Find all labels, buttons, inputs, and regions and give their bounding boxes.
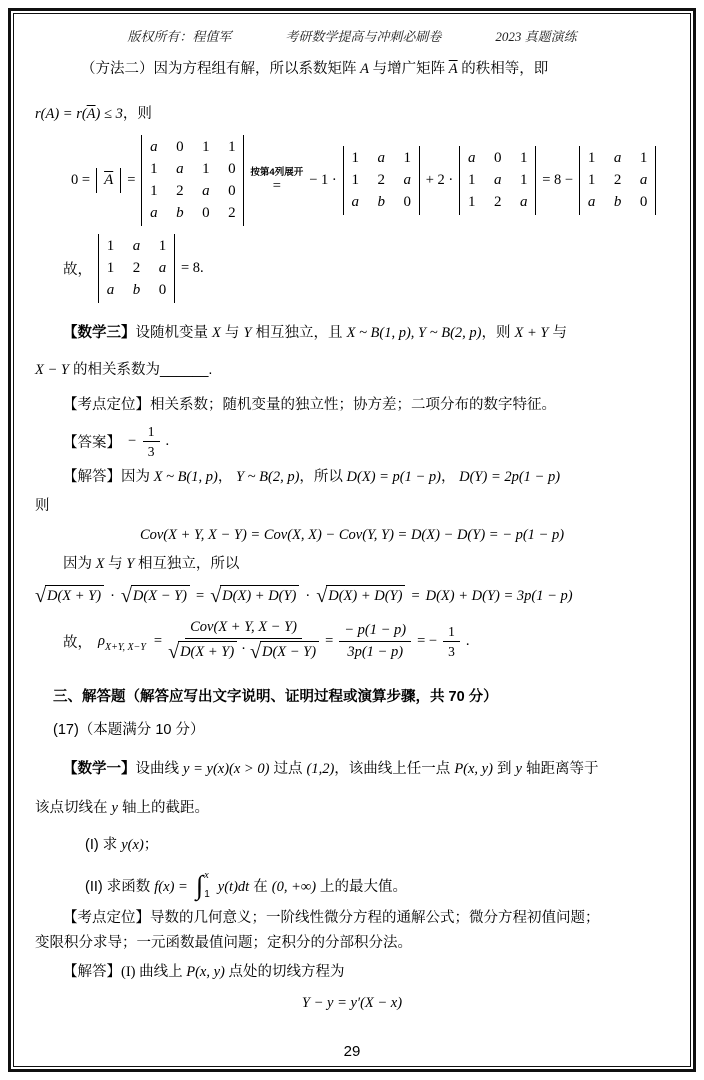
matrix-cell: 1 bbox=[106, 259, 115, 278]
problem3-answer-line: 【答案】 − 1 3 . bbox=[63, 424, 669, 459]
text-segment: X ~ B(1, p) bbox=[154, 469, 218, 485]
problem1-keypoints-line2: 变限积分求导；一元函数最值问题；定积分的分部积分法。 bbox=[35, 933, 669, 954]
minus-sign: − bbox=[127, 433, 137, 450]
sqrt-term-2: √D(X − Y) bbox=[121, 585, 190, 607]
document-page: 版权所有：程值军 考研数学提高与冲刺必刷卷 2023 真题演练 （方法二）因为方… bbox=[8, 8, 696, 1072]
matrix-cell: 1 bbox=[201, 138, 210, 157]
problem1-stem-line1: 【数学一】设曲线 y = y(x)(x > 0) 过点 (1,2)，该曲线上任一… bbox=[63, 759, 669, 780]
text-segment: 【解答】(I) 曲线上 bbox=[63, 964, 186, 980]
text-segment: D(Y) = 2p(1 − p) bbox=[459, 469, 560, 485]
determinant-3x3-c: 1a112aab0 bbox=[579, 146, 656, 215]
text-segment: (0, +∞) bbox=[272, 879, 316, 895]
determinant-3x3-result: 1a112aab0 bbox=[98, 234, 175, 303]
determinant-3x3-a: 1a112aab0 bbox=[343, 146, 420, 215]
correlation-coefficient-equation: 故， ρX+Y, X−Y = Cov(X + Y, X − Y) √D(X + … bbox=[63, 619, 669, 663]
matrix-cell: 1 bbox=[467, 171, 476, 190]
problem1-keypoints-line1: 【考点定位】导数的几何意义；一阶线性微分方程的通解公式；微分方程初值问题； bbox=[63, 908, 669, 929]
expand-note: 按第4列展开 = bbox=[250, 168, 303, 194]
text-segment: ，所以 bbox=[299, 469, 346, 485]
matrix-cell: a bbox=[106, 281, 115, 300]
matrix-cell: 0 bbox=[403, 193, 412, 212]
sqrt-term-1: √D(X + Y) bbox=[35, 585, 104, 607]
fraction-denominator: 3 bbox=[148, 442, 155, 459]
problem3-solution-line: 【解答】因为 X ~ B(1, p)， Y ~ B(2, p)，所以 D(X) … bbox=[63, 467, 669, 488]
covariance-equation: Cov(X + Y, X − Y) = Cov(X, X) − Cov(Y, Y… bbox=[35, 525, 669, 546]
part2-suffix: y(t)dt 在 (0, +∞) 上的最大值。 bbox=[218, 875, 407, 896]
sqrt-equation-tail: D(X) + D(Y) = 3p(1 − p) bbox=[426, 588, 573, 605]
matrix-cell: 0 bbox=[639, 193, 648, 212]
text-segment: 相互独立，且 bbox=[252, 325, 347, 341]
sqrt-equation: √D(X + Y) · √D(X − Y) = √D(X) + D(Y) · √… bbox=[35, 585, 669, 607]
text-segment: (1,2) bbox=[306, 761, 334, 777]
equals-sign: = bbox=[325, 633, 333, 650]
text-segment: D(X) = p(1 − p) bbox=[347, 469, 441, 485]
fraction-numerator: 1 bbox=[443, 624, 460, 642]
text-segment: X + Y bbox=[515, 325, 549, 341]
matrix-cell: 1 bbox=[149, 182, 158, 201]
text-segment: r(A) = r( bbox=[35, 106, 87, 122]
period: . bbox=[166, 433, 170, 450]
header-edition: 2023 真题演练 bbox=[495, 26, 576, 45]
rho-symbol: ρX+Y, X−Y bbox=[98, 633, 148, 650]
text-segment: 与 bbox=[104, 556, 126, 572]
fraction-denominator: 3p(1 − p) bbox=[347, 644, 403, 661]
equals-sign: = bbox=[196, 588, 204, 605]
text-segment: X ~ B(1, p), Y ~ B(2, p) bbox=[347, 325, 482, 341]
text-segment: Y − y = y′(X − x) bbox=[302, 995, 402, 1011]
matrix-cell: 0 bbox=[201, 204, 210, 223]
determinant-3x3-b: a011a112a bbox=[459, 146, 536, 215]
coefficient-plus2: + 2 · bbox=[426, 172, 454, 189]
matrix-cell: a bbox=[587, 193, 596, 212]
matrix-cell: 1 bbox=[403, 149, 412, 168]
text-segment: P(x, y) bbox=[454, 761, 493, 777]
line-rank-condition: r(A) = r(A) ≤ 3，则 bbox=[35, 104, 669, 125]
fraction-numerator: 1 bbox=[143, 424, 160, 442]
problem3-stem-line1: 【数学三】设随机变量 X 与 Y 相互独立，且 X ~ B(1, p), Y ~… bbox=[63, 323, 669, 344]
matrix-cell: a bbox=[467, 149, 476, 168]
fraction-numerator: − p(1 − p) bbox=[344, 622, 406, 639]
integral-limits: x 1 bbox=[204, 870, 210, 900]
text-segment: ，则 bbox=[123, 106, 152, 122]
answer-fraction: 1 3 bbox=[143, 424, 160, 459]
text-segment: Cov(X + Y, X − Y) = Cov(X, X) − Cov(Y, Y… bbox=[140, 527, 564, 543]
determinant-expansion-equation: 0 = A = a0111a1012a0ab02 按第4列展开 = − 1 · … bbox=[71, 135, 669, 226]
matrix-cell: 1 bbox=[351, 171, 360, 190]
text-segment: ， bbox=[441, 469, 459, 485]
matrix-cell: 1 bbox=[149, 160, 158, 179]
equals-sign: = bbox=[127, 172, 135, 189]
text-segment: 轴距离等于 bbox=[522, 761, 599, 777]
page-number: 29 bbox=[14, 1043, 690, 1060]
matrix-cell: b bbox=[175, 204, 184, 223]
text-segment: 与 bbox=[548, 325, 567, 341]
equals-sign: = bbox=[273, 179, 281, 194]
problem3-stem-line2: X − Y 的相关系数为______. bbox=[35, 360, 669, 381]
text-segment: Y ~ B(2, p) bbox=[236, 469, 299, 485]
matrix-cell: 1 bbox=[158, 237, 167, 256]
text-segment: 【数学三】 bbox=[63, 325, 136, 341]
equals-eight: = 8. bbox=[181, 260, 204, 277]
text-segment: 在 bbox=[249, 879, 272, 895]
text-segment: 因为 bbox=[63, 556, 96, 572]
matrix-cell: 2 bbox=[132, 259, 141, 278]
matrix-cell: b bbox=[132, 281, 141, 300]
matrix-cell: 2 bbox=[227, 204, 236, 223]
text-segment: ， bbox=[218, 469, 236, 485]
matrix-cell: 0 bbox=[158, 281, 167, 300]
fraction-numerator: Cov(X + Y, X − Y) bbox=[190, 619, 297, 636]
fraction-denominator: 3 bbox=[448, 642, 455, 659]
matrix-cell: 1 bbox=[106, 237, 115, 256]
matrix-cell: a bbox=[493, 171, 502, 190]
sqrt-term-3: √D(X) + D(Y) bbox=[210, 585, 299, 607]
question17-label: (17)（本题满分 10 分） bbox=[53, 720, 669, 741]
abar-symbol: A bbox=[104, 171, 113, 190]
header-copyright: 版权所有：程值军 bbox=[127, 26, 231, 45]
problem1-stem-line2: 该点切线在 y 轴上的截距。 bbox=[35, 798, 669, 819]
sqrt-term: √D(X + Y) bbox=[168, 641, 237, 663]
text-segment: 上的最大值。 bbox=[316, 879, 407, 895]
integral-icon: ∫ bbox=[196, 872, 203, 899]
text-segment: ) ≤ 3 bbox=[96, 106, 123, 122]
independence-line: 因为 X 与 Y 相互独立，所以 bbox=[63, 554, 669, 575]
matrix-cell: 2 bbox=[493, 193, 502, 212]
equals-sign: = bbox=[154, 633, 162, 650]
text-segment: 与 bbox=[221, 325, 244, 341]
gu-prefix: 故， bbox=[63, 631, 92, 652]
period: . bbox=[466, 633, 470, 650]
problem1-solution-line: 【解答】(I) 曲线上 P(x, y) 点处的切线方程为 bbox=[63, 962, 669, 983]
answer-label: 【答案】 bbox=[63, 431, 121, 452]
text-segment: (II) 求函数 bbox=[85, 879, 154, 895]
matrix-cell: 2 bbox=[175, 182, 184, 201]
matrix-cell: b bbox=[377, 193, 386, 212]
text-segment: 的相关系数为______. bbox=[69, 362, 212, 378]
matrix-cell: a bbox=[201, 182, 210, 201]
matrix-cell: a bbox=[132, 237, 141, 256]
matrix-cell: 2 bbox=[377, 171, 386, 190]
eq-lead: 0 = bbox=[71, 172, 90, 189]
text-segment: （方法二）因为方程组有解，所以系数矩阵 bbox=[81, 61, 360, 77]
cdot: · bbox=[110, 588, 115, 605]
text-segment: 与增广矩阵 bbox=[369, 61, 449, 77]
text-segment: P(x, y) bbox=[186, 964, 225, 980]
header-book-title: 考研数学提高与冲刺必刷卷 bbox=[285, 26, 441, 45]
matrix-cell: 0 bbox=[227, 160, 236, 179]
text-segment: y(x) bbox=[121, 837, 144, 853]
page-inner-frame: 版权所有：程值军 考研数学提高与冲刺必刷卷 2023 真题演练 （方法二）因为方… bbox=[13, 13, 691, 1067]
coefficient-minus1: − 1 · bbox=[309, 172, 337, 189]
determinant-4x4: a0111a1012a0ab02 bbox=[141, 135, 244, 226]
cdot: · bbox=[241, 641, 246, 658]
matrix-cell: a bbox=[149, 204, 158, 223]
text-segment: A bbox=[449, 61, 458, 77]
text-segment: 【数学一】 bbox=[63, 761, 136, 777]
det-abar: A bbox=[96, 168, 121, 193]
text-segment: 的秩相等，即 bbox=[458, 61, 549, 77]
equals-minus: = − bbox=[417, 633, 437, 650]
paragraph-method2: （方法二）因为方程组有解，所以系数矩阵 A 与增广矩阵 A 的秩相等，即 bbox=[81, 59, 669, 80]
matrix-cell: a bbox=[403, 171, 412, 190]
matrix-cell: a bbox=[175, 160, 184, 179]
sqrt-term: √D(X − Y) bbox=[250, 641, 319, 663]
matrix-cell: 1 bbox=[467, 193, 476, 212]
matrix-cell: 0 bbox=[493, 149, 502, 168]
gu-prefix: 故， bbox=[63, 258, 92, 279]
matrix-cell: 1 bbox=[587, 171, 596, 190]
matrix-cell: a bbox=[377, 149, 386, 168]
text-segment: ，该曲线上任一点 bbox=[334, 761, 454, 777]
matrix-cell: 1 bbox=[519, 149, 528, 168]
problem3-keypoints: 【考点定位】相关系数；随机变量的独立性；协方差；二项分布的数字特征。 bbox=[63, 395, 669, 416]
matrix-cell: 1 bbox=[227, 138, 236, 157]
matrix-cell: 1 bbox=[639, 149, 648, 168]
matrix-cell: 0 bbox=[175, 138, 184, 157]
text-segment: X bbox=[212, 325, 221, 341]
text-segment: 【解答】因为 bbox=[63, 469, 154, 485]
matrix-cell: 1 bbox=[587, 149, 596, 168]
text-segment: X − Y bbox=[35, 362, 69, 378]
text-segment: A bbox=[360, 61, 369, 77]
part2-prefix: (II) 求函数 f(x) = bbox=[85, 875, 188, 896]
text-segment: 到 bbox=[493, 761, 516, 777]
matrix-cell: a bbox=[639, 171, 648, 190]
matrix-cell: a bbox=[519, 193, 528, 212]
sqrt-term-4: √D(X) + D(Y) bbox=[316, 585, 405, 607]
text-segment: Y bbox=[243, 325, 251, 341]
rho-fraction-3: 1 3 bbox=[443, 624, 460, 659]
matrix-cell: a bbox=[351, 193, 360, 212]
cdot: · bbox=[305, 588, 310, 605]
integral-lower-limit: 1 bbox=[204, 889, 210, 900]
text-segment: ，则 bbox=[481, 325, 514, 341]
matrix-cell: 0 bbox=[227, 182, 236, 201]
integral-term: ∫ x 1 bbox=[196, 870, 210, 900]
integral-upper-limit: x bbox=[204, 870, 210, 881]
text-segment: 设曲线 bbox=[136, 761, 184, 777]
matrix-cell: 1 bbox=[351, 149, 360, 168]
then-line: 则 bbox=[35, 496, 669, 517]
section3-heading: 三、解答题（解答应写出文字说明、证明过程或演算步骤，共 70 分） bbox=[53, 687, 669, 708]
page-header: 版权所有：程值军 考研数学提高与冲刺必刷卷 2023 真题演练 bbox=[35, 26, 669, 45]
text-segment: y = y(x)(x > 0) bbox=[183, 761, 269, 777]
problem1-part1: (I) 求 y(x)； bbox=[85, 835, 669, 856]
equals-sign: = bbox=[411, 588, 419, 605]
matrix-cell: a bbox=[149, 138, 158, 157]
matrix-cell: a bbox=[158, 259, 167, 278]
text-segment: (I) 求 bbox=[85, 837, 121, 853]
text-segment: ； bbox=[144, 837, 159, 853]
text-segment: A bbox=[87, 106, 96, 122]
matrix-cell: b bbox=[613, 193, 622, 212]
expand-note-label: 按第4列展开 bbox=[250, 168, 303, 178]
matrix-cell: a bbox=[613, 149, 622, 168]
text-segment: 该点切线在 bbox=[35, 800, 112, 816]
text-segment: 轴上的截距。 bbox=[118, 800, 209, 816]
text-segment: 相互独立，所以 bbox=[134, 556, 239, 572]
conclusion-determinant-line: 故， 1a112aab0 = 8. bbox=[63, 234, 669, 303]
text-segment: 过点 bbox=[269, 761, 306, 777]
problem1-part2: (II) 求函数 f(x) = ∫ x 1 y(t)dt 在 (0, +∞) 上… bbox=[85, 870, 669, 900]
text-segment: f(x) = bbox=[154, 879, 188, 895]
rho-fraction-2: − p(1 − p) 3p(1 − p) bbox=[339, 622, 411, 661]
rho-fraction-1: Cov(X + Y, X − Y) √D(X + Y) · √D(X − Y) bbox=[168, 619, 319, 663]
matrix-cell: 1 bbox=[201, 160, 210, 179]
tangent-line-equation: Y − y = y′(X − x) bbox=[35, 993, 669, 1014]
text-segment: y(t)dt bbox=[218, 879, 249, 895]
rho-subscript: X+Y, X−Y bbox=[105, 642, 146, 653]
matrix-cell: 1 bbox=[519, 171, 528, 190]
text-segment: 点处的切线方程为 bbox=[225, 964, 345, 980]
text-segment: 设随机变量 bbox=[136, 325, 213, 341]
matrix-cell: 2 bbox=[613, 171, 622, 190]
equals-eight-minus: = 8 − bbox=[542, 172, 573, 189]
